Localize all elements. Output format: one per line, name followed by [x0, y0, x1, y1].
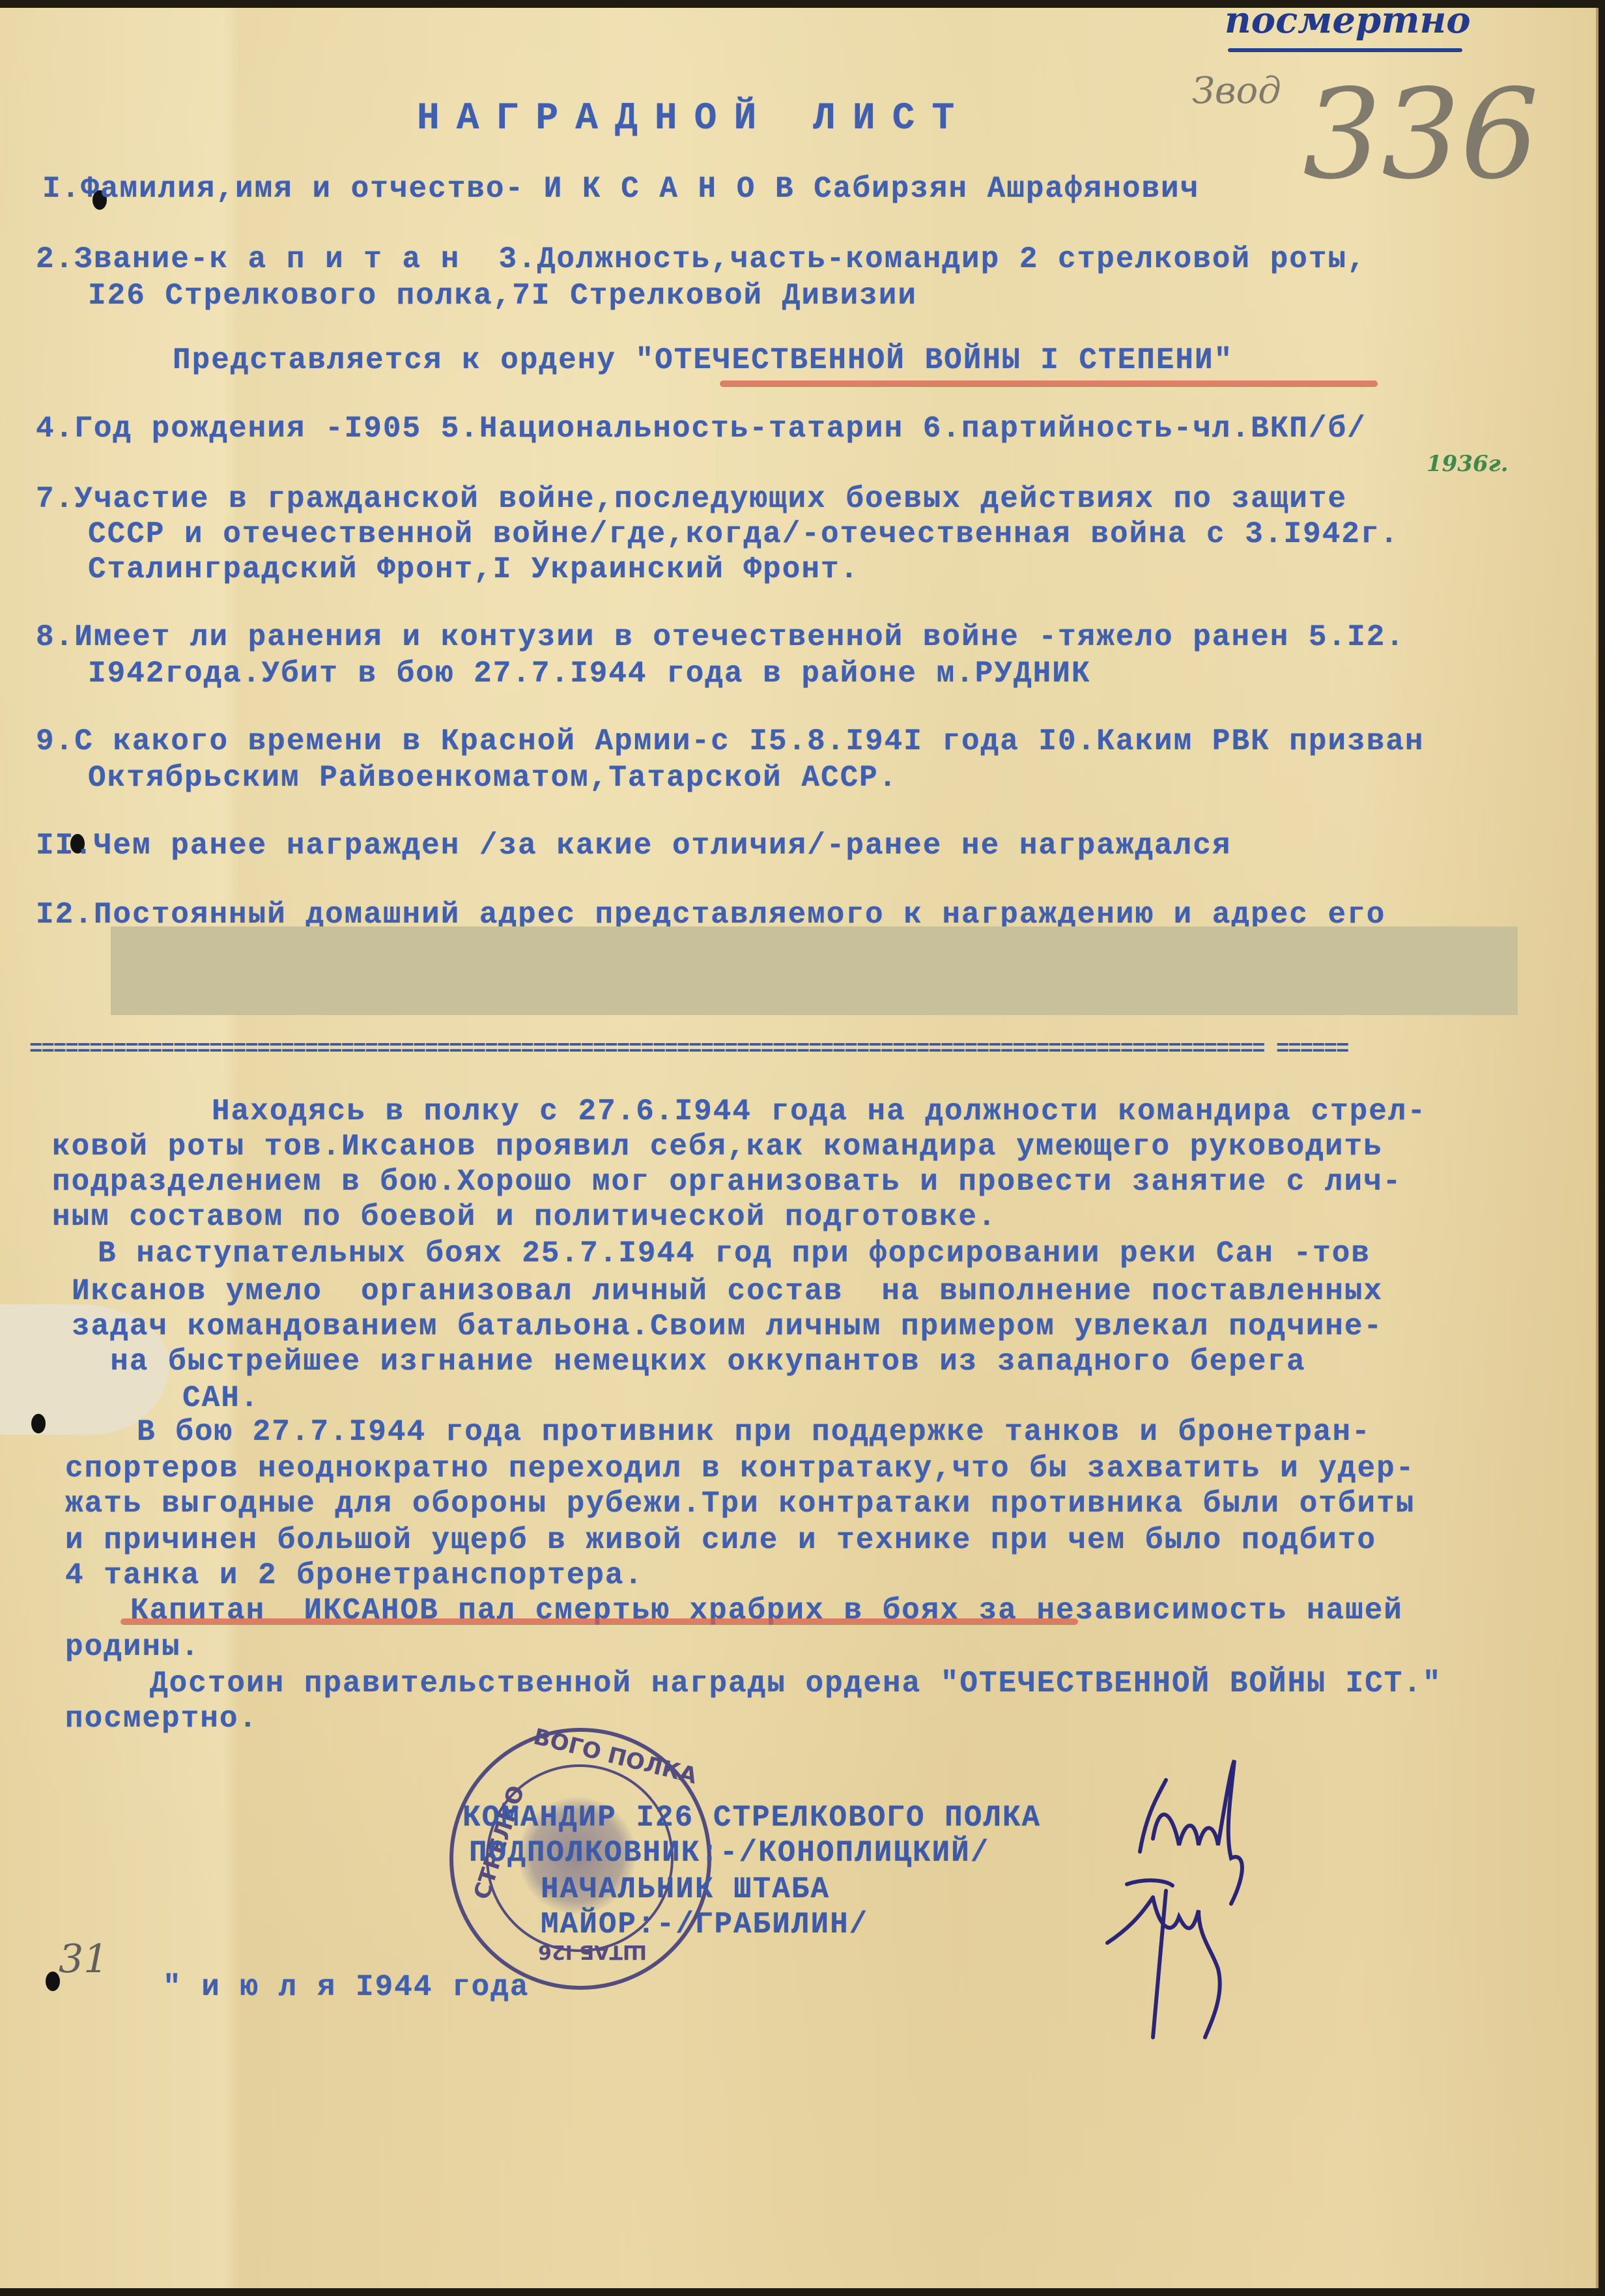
narrative-line: САН.	[182, 1381, 259, 1415]
narrative-line: и причинен большой ущерб в живой силе и …	[65, 1523, 1376, 1557]
field-full-name: I.Фамилия,имя и отчество- И К С А Н О В …	[42, 172, 1199, 206]
stamp-text-bottom: ШТАБ I26	[538, 1940, 647, 1963]
narrative-line: родины.	[65, 1630, 200, 1664]
field-army-since: 9.С какого времени в Красной Армии-с I5.…	[36, 725, 1425, 758]
commander-title: КОМАНДИР I26 СТРЕЛКОВОГО ПОЛКА	[462, 1801, 1041, 1835]
field-participation-2: СССР и отечественной войне/где,когда/-от…	[88, 517, 1399, 551]
field-wounds-1: 8.Имеет ли ранения и контузии в отечеств…	[36, 620, 1405, 654]
document-date: " и ю л я I944 года	[163, 1970, 530, 2004]
field-enlistment-office: Октябрьским Райвоенкоматом,Татарской АСС…	[88, 761, 898, 795]
narrative-line: Иксанов умело организовал личный состав …	[72, 1274, 1383, 1308]
narrative-line: В бою 27.7.I944 года противник при подде…	[137, 1415, 1371, 1449]
chief-of-staff-rank-name: МАЙОР:-/ГРАБИЛИН/	[541, 1908, 868, 1942]
narrative-line: на быстрейшее изгнание немецких оккупант…	[72, 1345, 1306, 1379]
redacted-address-block	[111, 926, 1518, 1015]
handwritten-party-year: 1936г.	[1427, 451, 1509, 477]
chief-of-staff-title: НАЧАЛЬНИК ШТАБА	[541, 1873, 830, 1906]
handwritten-posthumously: посмертно	[1225, 0, 1471, 42]
field-previous-awards: II.Чем ранее награжден /за какие отличия…	[36, 829, 1231, 863]
narrative-line: Находясь в полку с 27.6.I944 года на дол…	[212, 1095, 1427, 1128]
narrative-line: посмертно.	[65, 1702, 258, 1736]
page-title: НАГРАДНОЙ ЛИСТ	[417, 98, 971, 140]
field-unit: I26 Стрелкового полка,7I Стрелковой Диви…	[88, 279, 917, 313]
narrative-line: подразделением в бою.Хорошо мог организо…	[52, 1165, 1402, 1199]
red-pencil-underline	[720, 380, 1378, 387]
pencil-archive-number: 336	[1303, 73, 1539, 197]
field-birth-nationality-party: 4.Год рождения -I905 5.Национальность-та…	[36, 412, 1367, 446]
narrative-line: ным составом по боевой и политической по…	[52, 1200, 997, 1234]
handwritten-day: 31	[59, 1936, 108, 1982]
handwritten-underline	[1228, 48, 1462, 52]
narrative-line: жать выгодные для обороны рубежи.Три кон…	[65, 1487, 1415, 1521]
narrative-line: задач командованием батальона.Своим личн…	[72, 1310, 1383, 1343]
typed-divider-line: ========================================…	[29, 1037, 1573, 1062]
field-participation-1: 7.Участие в гражданской войне,последующи…	[36, 482, 1347, 516]
punch-hole	[46, 1972, 60, 1991]
narrative-line: ковой роты тов.Иксанов проявил себя,как …	[52, 1130, 1383, 1164]
field-presented-for-order: Представляется к ордену "ОТЕЧЕСТВЕННОЙ В…	[173, 343, 1233, 377]
commander-rank-name: ПОДПОЛКОВНИК:-/КОНОПЛИЦКИЙ/	[469, 1836, 989, 1870]
punch-hole	[31, 1414, 46, 1433]
red-pencil-underline	[121, 1618, 1078, 1625]
field-participation-3: Сталинградский Фронт,I Украинский Фронт.	[88, 552, 859, 586]
field-rank-position: 2.Звание-к а п и т а н 3.Должность,часть…	[36, 242, 1367, 276]
narrative-line: спортеров неоднократно переходил в контр…	[65, 1452, 1415, 1485]
narrative-line: 4 танка и 2 бронетранспортера.	[65, 1558, 644, 1592]
field-wounds-2: I942года.Убит в бою 27.7.I944 года в рай…	[88, 657, 1090, 691]
pencil-note: Звод	[1192, 70, 1281, 112]
narrative-line: В наступательных боях 25.7.I944 год при …	[98, 1237, 1371, 1270]
award-sheet-page: посмертно Звод 336 НАГРАДНОЙ ЛИСТ I.Фами…	[0, 8, 1598, 2288]
narrative-line: Достоин правительственной награды ордена…	[150, 1667, 1442, 1700]
